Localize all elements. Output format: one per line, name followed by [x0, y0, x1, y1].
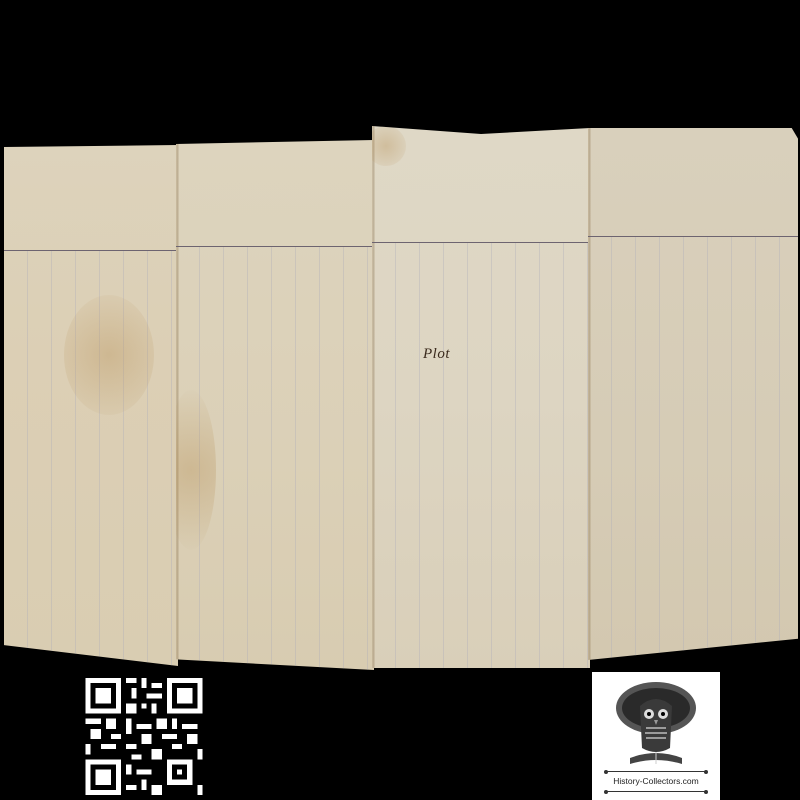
decorative-divider [606, 771, 706, 772]
logo-text: History-Collectors.com [592, 776, 720, 786]
paper-panel-4 [588, 128, 798, 660]
decorative-divider [606, 791, 706, 792]
vertical-rules [588, 237, 798, 660]
age-stain [366, 126, 406, 166]
paper-panel-3 [372, 126, 590, 668]
owl-on-book-icon [612, 678, 700, 770]
qr-code-icon [80, 673, 208, 800]
paper-panel-1 [4, 145, 178, 666]
history-collectors-logo: History-Collectors.com [592, 672, 720, 800]
vertical-rules [372, 243, 590, 668]
handwritten-title: Plot [423, 346, 450, 363]
qr-code [80, 673, 208, 800]
age-stain [64, 295, 154, 415]
paper-panel-2 [176, 140, 374, 670]
